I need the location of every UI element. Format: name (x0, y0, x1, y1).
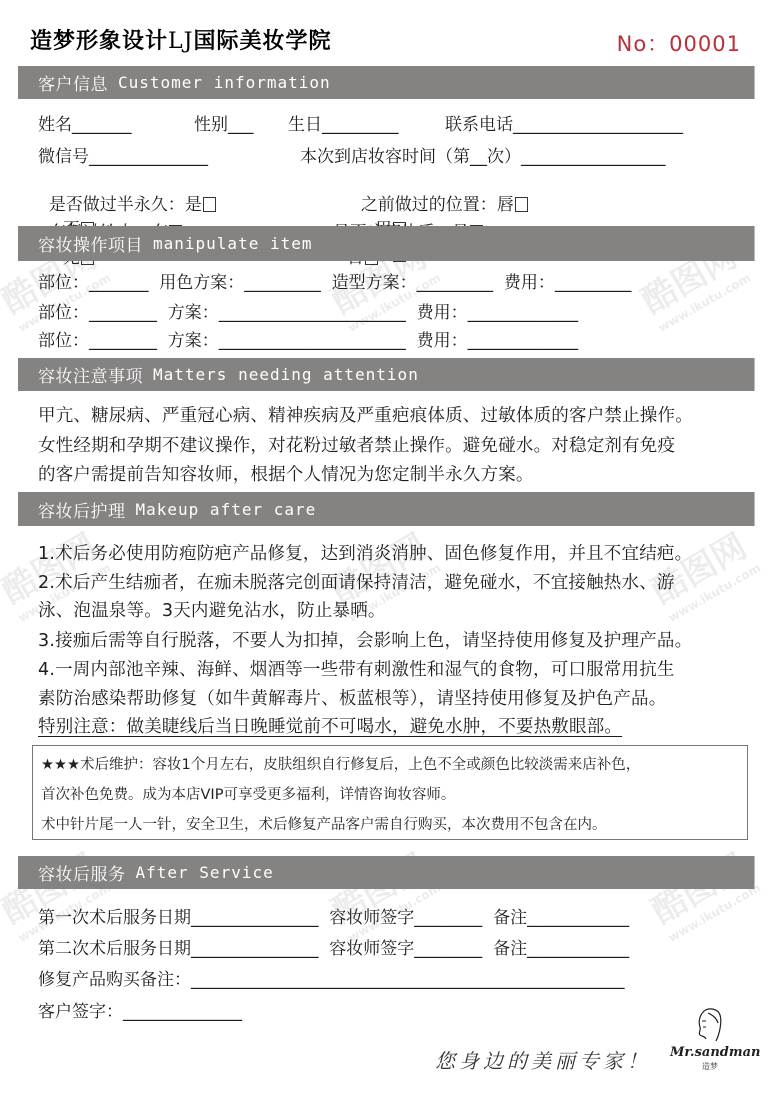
manipulate-row-3[interactable]: 部位：________ 方案：______________________ 费用… (38, 326, 578, 351)
manipulate-row-1[interactable]: 部位：_______ 用色方案：_________ 造型方案：_________… (38, 268, 631, 293)
field-phone[interactable]: 联系电话____________________ (445, 110, 683, 135)
aftercare-line: 泳、泡温泉等。3天内避免沾水，防止暴晒。 (38, 597, 386, 622)
field-name[interactable]: 姓名_______ (38, 110, 132, 135)
field-gender[interactable]: 性别___ (194, 110, 254, 135)
attention-line: 女性经期和孕期不建议操作，对花粉过敏者禁止操作。避免碰水。对稳定剂有免疫 (38, 432, 675, 457)
brand-logo: Mr.sandman 造梦 (670, 1005, 750, 1075)
notice-line: 首次补色免费。成为本店VIP可享受更多福利，详情咨询妆容师。 (41, 783, 455, 804)
field-wechat[interactable]: 微信号______________ (38, 142, 208, 167)
field-visit-time[interactable]: 本次到店妆容时间（第__次）_________________ (300, 142, 666, 167)
watermark: 酷图网www.ikutu.com (0, 838, 113, 945)
aftercare-line: 2.术后产生结痂者，在痂未脱落完创面请保持清洁，避免碰水，不宜接触热水、游 (38, 569, 675, 594)
section-title-cn: 容妆操作项目 (38, 231, 143, 256)
aftercare-line: 4.一周内部池辛辣、海鲜、烟酒等一些带有刺激性和湿气的食物，可口服常用抗生 (38, 656, 675, 681)
section-header-after-service: 容妆后服务After Service (18, 856, 755, 889)
section-header-customer-info: 客户信息Customer information (18, 66, 755, 99)
watermark: 酷图网www.ikutu.com (641, 838, 763, 945)
section-title-en: manipulate item (153, 234, 313, 253)
slogan: 您身边的美丽专家！ (435, 1045, 651, 1074)
aftercare-line: 3.接痂后需等自行脱落，不要人为扣掉，会影响上色，请坚持使用修复及护理产品。 (38, 627, 692, 652)
section-title-en: Makeup after care (136, 500, 317, 519)
aftercare-line: 1.术后务必使用防疱防疤产品修复，达到消炎消肿、固色修复作用，并且不宜结疤。 (38, 540, 692, 565)
option-label: 唇 (497, 195, 514, 215)
purchase-note-field[interactable]: 修复产品购买备注：_______________________________… (38, 965, 625, 990)
section-title-cn: 客户信息 (38, 70, 108, 95)
watermark: 酷图网www.ikutu.com (321, 838, 443, 945)
attention-line: 甲亢、糖尿病、严重冠心病、精神疾病及严重疤痕体质、过敏体质的客户禁止操作。 (38, 402, 693, 427)
brand-name: Mr.sandman (670, 1045, 750, 1060)
customer-signature-field[interactable]: 客户签字：______________ (38, 997, 242, 1022)
notice-line: 术中针片尾一人一针，安全卫生，术后修复产品客户需自行购买，本次费用不包含在内。 (41, 813, 607, 834)
section-title-cn: 容妆后护理 (38, 497, 126, 522)
field-birthday[interactable]: 生日_________ (288, 110, 399, 135)
document-title: 造梦形象设计LJ国际美妆学院 (30, 24, 331, 55)
manipulate-row-2[interactable]: 部位：________ 方案：______________________ 费用… (38, 298, 578, 323)
document-number: No：00001 (617, 28, 741, 58)
section-title-cn: 容妆后服务 (38, 860, 126, 885)
face-profile-icon (670, 1005, 750, 1047)
aftercare-line: 素防治感染帮助修复（如牛黄解毒片、板蓝根等），请坚持使用修复及护色产品。 (38, 685, 666, 710)
checkbox-lip[interactable] (515, 197, 528, 212)
section-header-manipulate: 容妆操作项目manipulate item (18, 226, 755, 261)
checkbox-semi-perm-yes[interactable] (203, 197, 216, 212)
section-header-aftercare: 容妆后护理Makeup after care (18, 492, 755, 526)
service-row-2[interactable]: 第二次术后服务日期_______________ 容妆师签字________ 备… (38, 934, 629, 959)
option-label: 是 (185, 195, 202, 215)
section-header-attention: 容妆注意事项Matters needing attention (18, 358, 755, 391)
section-title-en: Customer information (118, 73, 331, 92)
section-title-cn: 容妆注意事项 (38, 362, 143, 387)
section-title-en: After Service (136, 863, 274, 882)
section-title-en: Matters needing attention (153, 365, 419, 384)
notice-line: ★★★术后维护：容妆1个月左右，皮肤组织自行修复后，上色不全或颜色比较淡需来店补… (41, 753, 640, 774)
notice-box: ★★★术后维护：容妆1个月左右，皮肤组织自行修复后，上色不全或颜色比较淡需来店补… (32, 745, 748, 840)
brand-name-cn: 造梦 (670, 1061, 750, 1072)
special-note: 特别注意：做美睫线后当日晚睡觉前不可喝水，避免水肿，不要热敷眼部。 (38, 713, 622, 738)
attention-line: 的客户需提前告知容妆师，根据个人情况为您定制半永久方案。 (38, 461, 534, 486)
service-row-1[interactable]: 第一次术后服务日期_______________ 容妆师签字________ 备… (38, 903, 629, 928)
